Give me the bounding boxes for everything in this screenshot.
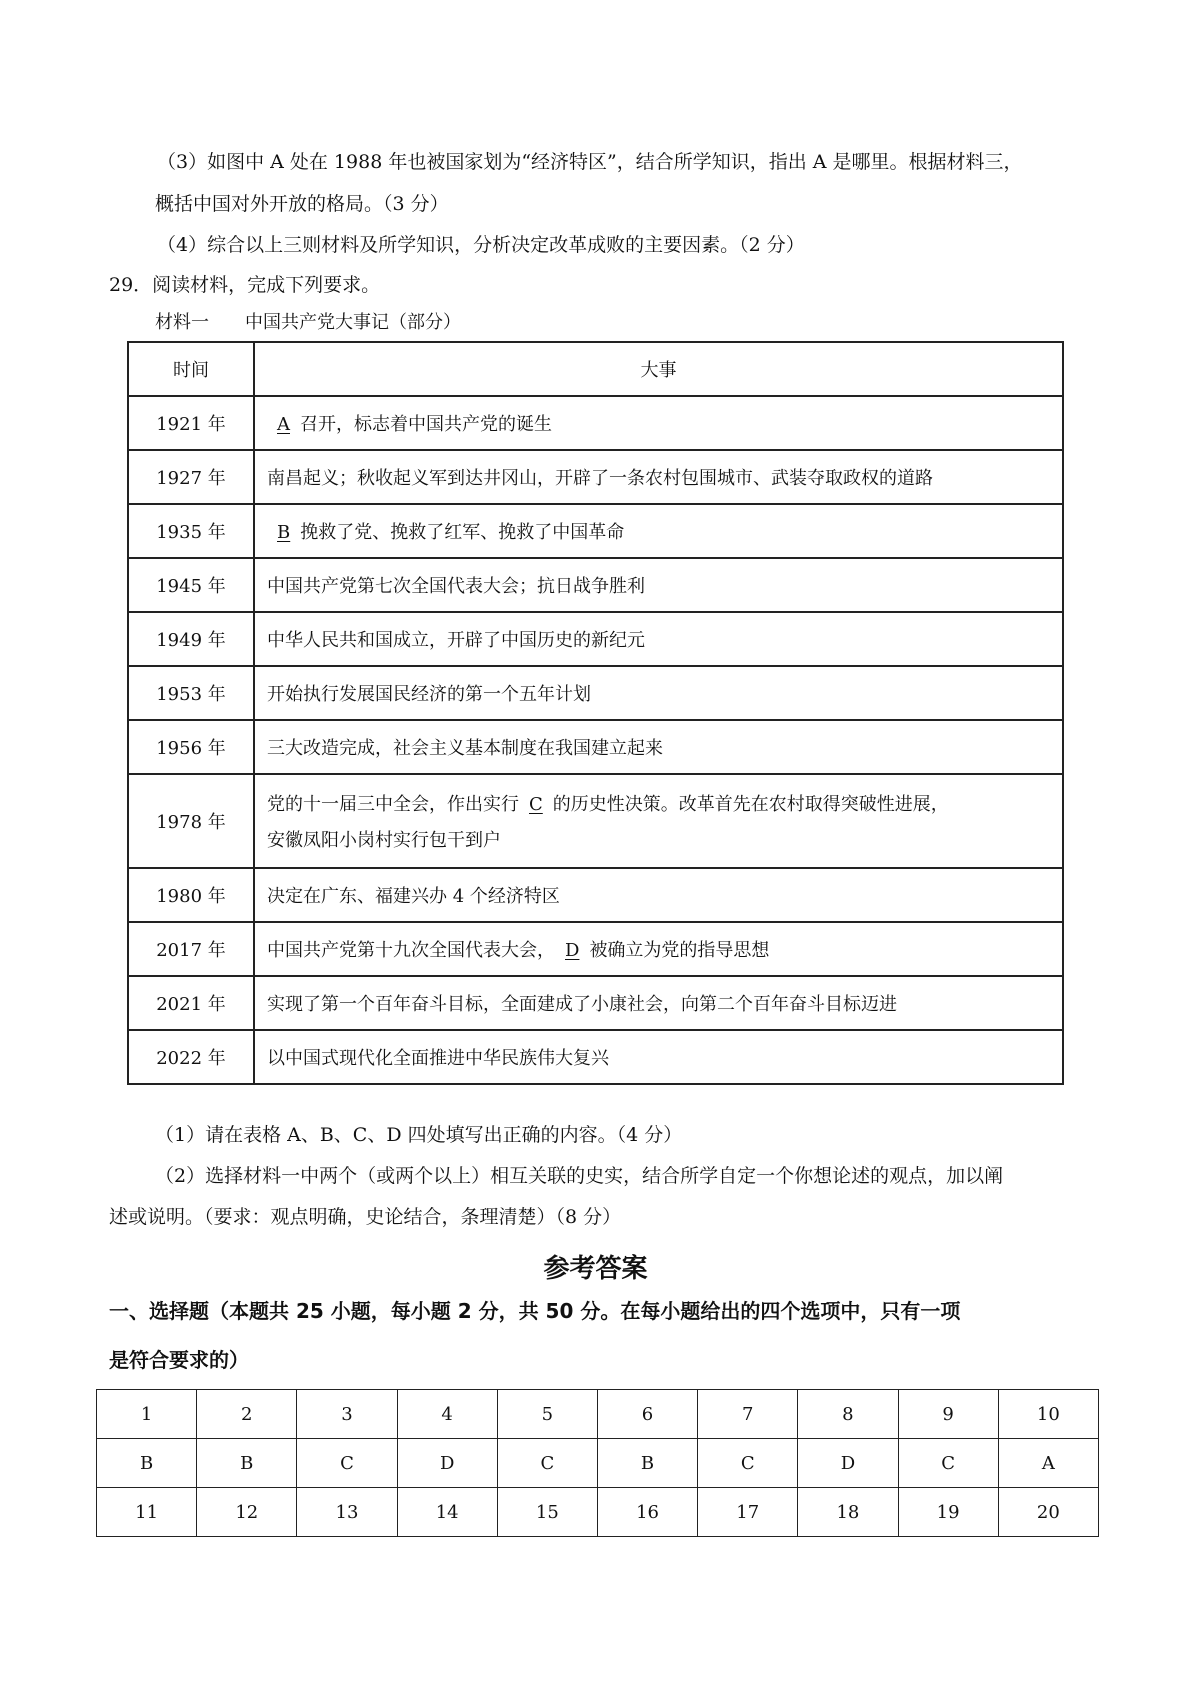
event-text: 中国共产党第十九次全国代表大会， — [267, 940, 555, 961]
blank-d: D — [555, 940, 589, 961]
year-cell: 1980 年 — [128, 868, 254, 922]
year-cell: 1978 年 — [128, 774, 254, 868]
question-number: 18 — [798, 1488, 898, 1537]
year-cell: 2021 年 — [128, 976, 254, 1030]
table-row: 1953 年 开始执行发展国民经济的第一个五年计划 — [128, 666, 1063, 720]
year-cell: 1935 年 — [128, 504, 254, 558]
question-number: 4 — [397, 1390, 497, 1439]
question-29-heading: 29．阅读材料，完成下列要求。 — [109, 272, 380, 298]
subquestion-2-line1: （2）选择材料一中两个（或两个以上）相互关联的史实，结合所学自定一个你想论述的观… — [155, 1163, 1003, 1189]
answer-value: D — [798, 1439, 898, 1488]
question-number: 9 — [898, 1390, 998, 1439]
event-cell: 中华人民共和国成立，开辟了中国历史的新纪元 — [254, 612, 1063, 666]
year-cell: 1953 年 — [128, 666, 254, 720]
year-cell: 1945 年 — [128, 558, 254, 612]
question-number-row: 1 2 3 4 5 6 7 8 9 10 — [97, 1390, 1099, 1439]
answer-value: C — [297, 1439, 397, 1488]
question-number: 1 — [97, 1390, 197, 1439]
answer-value: A — [998, 1439, 1098, 1488]
table-header-row: 时间 大事 — [128, 342, 1063, 396]
section-1-heading-line2: 是符合要求的） — [109, 1347, 249, 1373]
table-row: 2017 年 中国共产党第十九次全国代表大会，D被确立为党的指导思想 — [128, 922, 1063, 976]
header-time: 时间 — [128, 342, 254, 396]
question-number: 13 — [297, 1488, 397, 1537]
year-cell: 1927 年 — [128, 450, 254, 504]
events-table: 时间 大事 1921 年 A召开，标志着中国共产党的诞生 1927 年 南昌起义… — [127, 341, 1064, 1085]
event-cell: 南昌起义；秋收起义军到达井冈山，开辟了一条农村包围城市、武装夺取政权的道路 — [254, 450, 1063, 504]
question-number: 17 — [698, 1488, 798, 1537]
answer-value: B — [197, 1439, 297, 1488]
question-number: 16 — [597, 1488, 697, 1537]
question-number: 5 — [497, 1390, 597, 1439]
question-3-line2: 概括中国对外开放的格局。（3 分） — [155, 191, 449, 217]
event-text: 党的十一届三中全会，作出实行 — [267, 794, 519, 815]
question-number: 11 — [97, 1488, 197, 1537]
answer-value: B — [597, 1439, 697, 1488]
year-cell: 1956 年 — [128, 720, 254, 774]
question-number: 3 — [297, 1390, 397, 1439]
event-cell: 决定在广东、福建兴办 4 个经济特区 — [254, 868, 1063, 922]
section-1-heading-line1: 一、选择题（本题共 25 小题，每小题 2 分，共 50 分。在每小题给出的四个… — [109, 1298, 960, 1324]
question-number: 6 — [597, 1390, 697, 1439]
year-cell: 2017 年 — [128, 922, 254, 976]
event-cell: 中国共产党第十九次全国代表大会，D被确立为党的指导思想 — [254, 922, 1063, 976]
header-event: 大事 — [254, 342, 1063, 396]
event-cell: B挽救了党、挽救了红军、挽救了中国革命 — [254, 504, 1063, 558]
question-number: 12 — [197, 1488, 297, 1537]
event-text: 被确立为党的指导思想 — [589, 940, 769, 961]
blank-c: C — [519, 794, 553, 815]
answer-row: B B C D C B C D C A — [97, 1439, 1099, 1488]
question-number: 10 — [998, 1390, 1098, 1439]
answer-value: C — [898, 1439, 998, 1488]
answer-value: B — [97, 1439, 197, 1488]
event-text: 的历史性决策。改革首先在农村取得突破性进展， — [553, 794, 949, 815]
table-row: 1978 年 党的十一届三中全会，作出实行C的历史性决策。改革首先在农村取得突破… — [128, 774, 1063, 868]
event-cell: 开始执行发展国民经济的第一个五年计划 — [254, 666, 1063, 720]
event-text: 召开，标志着中国共产党的诞生 — [300, 414, 552, 435]
answer-value: D — [397, 1439, 497, 1488]
answers-title: 参考答案 — [0, 1248, 1191, 1285]
answer-value: C — [497, 1439, 597, 1488]
table-row: 1927 年 南昌起义；秋收起义军到达井冈山，开辟了一条农村包围城市、武装夺取政… — [128, 450, 1063, 504]
material-caption: 材料一中国共产党大事记（部分） — [155, 310, 461, 336]
question-number: 8 — [798, 1390, 898, 1439]
event-cell: 中国共产党第七次全国代表大会；抗日战争胜利 — [254, 558, 1063, 612]
year-cell: 1949 年 — [128, 612, 254, 666]
table-row: 1935 年 B挽救了党、挽救了红军、挽救了中国革命 — [128, 504, 1063, 558]
event-cell: A召开，标志着中国共产党的诞生 — [254, 396, 1063, 450]
question-number: 7 — [698, 1390, 798, 1439]
table-row: 2021 年 实现了第一个百年奋斗目标，全面建成了小康社会，向第二个百年奋斗目标… — [128, 976, 1063, 1030]
event-cell: 党的十一届三中全会，作出实行C的历史性决策。改革首先在农村取得突破性进展，安徽凤… — [254, 774, 1063, 868]
year-cell: 1921 年 — [128, 396, 254, 450]
year-cell: 2022 年 — [128, 1030, 254, 1084]
answer-key-table: 1 2 3 4 5 6 7 8 9 10 B B C D C B C D C A… — [96, 1389, 1099, 1537]
question-number-row: 11 12 13 14 15 16 17 18 19 20 — [97, 1488, 1099, 1537]
table-row: 2022 年 以中国式现代化全面推进中华民族伟大复兴 — [128, 1030, 1063, 1084]
answer-value: C — [698, 1439, 798, 1488]
table-row: 1980 年 决定在广东、福建兴办 4 个经济特区 — [128, 868, 1063, 922]
blank-b: B — [267, 522, 300, 543]
table-row: 1949 年 中华人民共和国成立，开辟了中国历史的新纪元 — [128, 612, 1063, 666]
event-cell: 以中国式现代化全面推进中华民族伟大复兴 — [254, 1030, 1063, 1084]
table-row: 1945 年 中国共产党第七次全国代表大会；抗日战争胜利 — [128, 558, 1063, 612]
subquestion-1: （1）请在表格 A、B、C、D 四处填写出正确的内容。（4 分） — [155, 1122, 682, 1148]
question-number: 14 — [397, 1488, 497, 1537]
table-row: 1921 年 A召开，标志着中国共产党的诞生 — [128, 396, 1063, 450]
event-cell: 三大改造完成，社会主义基本制度在我国建立起来 — [254, 720, 1063, 774]
event-cell: 实现了第一个百年奋斗目标，全面建成了小康社会，向第二个百年奋斗目标迈进 — [254, 976, 1063, 1030]
question-number: 15 — [497, 1488, 597, 1537]
question-4: （4）综合以上三则材料及所学知识，分析决定改革成败的主要因素。（2 分） — [157, 232, 805, 258]
question-number: 20 — [998, 1488, 1098, 1537]
event-text: 挽救了党、挽救了红军、挽救了中国革命 — [300, 522, 624, 543]
question-3-line1: （3）如图中 A 处在 1988 年也被国家划为“经济特区”，结合所学知识，指出… — [157, 149, 1023, 175]
table-row: 1956 年 三大改造完成，社会主义基本制度在我国建立起来 — [128, 720, 1063, 774]
question-number: 2 — [197, 1390, 297, 1439]
question-number: 19 — [898, 1488, 998, 1537]
event-text-line2: 安徽凤阳小岗村实行包干到户 — [267, 826, 1062, 852]
subquestion-2-line2: 述或说明。（要求：观点明确，史论结合，条理清楚）（8 分） — [109, 1204, 621, 1230]
material-title: 中国共产党大事记（部分） — [245, 312, 461, 333]
material-label: 材料一 — [155, 312, 209, 333]
blank-a: A — [267, 414, 300, 435]
